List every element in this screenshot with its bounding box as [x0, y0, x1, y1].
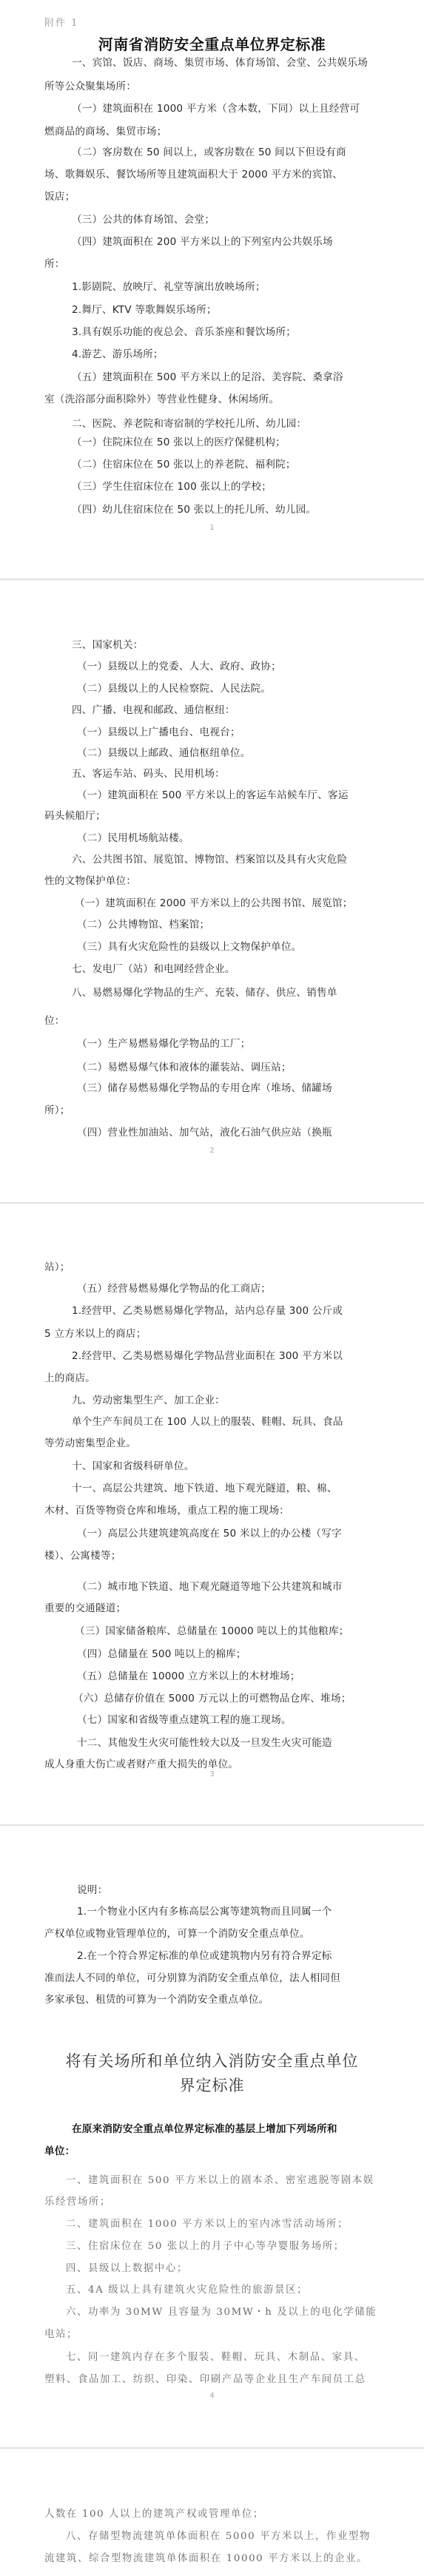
text-line: 五、客运车站、码头、民用机场：: [72, 766, 225, 781]
text-line: 1.影剧院、放映厅、礼堂等演出放映场所；: [72, 280, 266, 294]
text-line: 2.在一个符合界定标准的单位或建筑物内另有符合界定标: [77, 1949, 332, 1963]
text-line: 单个生产车间员工在 100 人以上的服装、鞋帽、玩具、食品: [72, 1415, 343, 1429]
text-line: 七、同一建筑内存在多个服装、鞋帽、玩具、木制品、家具、: [66, 2350, 366, 2365]
text-line: 六、功率为 30MW 且容量为 30MW・h 及以上的电化学储能: [66, 2305, 377, 2320]
section-title-line2: 界定标准: [0, 2074, 424, 2097]
text-line: 乐经营场所；: [44, 2195, 111, 2210]
text-line: 八、存储型物流建筑单体面积在 5000 平方米以上，作业型物: [66, 2529, 371, 2544]
text-line: 上的商店。: [44, 1371, 95, 1386]
text-line: 等劳动密集型企业。: [44, 1436, 136, 1451]
text-line: （二）县级以上的人民检察院、人民法院。: [77, 681, 271, 696]
section-title-line1: 将有关场所和单位纳入消防安全重点单位: [0, 2050, 424, 2072]
text-line: （五）建筑面积在 500 平方米以上的足浴、美容院、桑拿浴: [72, 370, 343, 385]
text-line: 性的文物保护单位：: [44, 874, 136, 889]
text-line: （二）民用机场航站楼。: [77, 831, 189, 846]
text-line: （三）国家储备粮库、总储量在 10000 吨以上的其他粮库；: [75, 1624, 349, 1639]
text-line: （四）建筑面积在 200 平方米以上的下列室内公共娱乐场: [72, 235, 333, 249]
text-line: （四）幼儿住宿床位在 50 张以上的托儿所、幼儿园。: [72, 502, 316, 517]
text-line: （一）县级以上的党委、人大、政府、政协；: [77, 659, 281, 674]
text-line: 十、国家和省级科研单位。: [72, 1459, 195, 1474]
text-line: 四、县级以上数据中心；: [66, 2262, 188, 2276]
page-number: 4: [0, 2392, 424, 2400]
page-separator: [0, 1824, 424, 1826]
text-line: 站）；: [44, 1260, 70, 1275]
text-line: （二）客房数在 50 间以上，或客房数在 50 间以下但设有商: [72, 145, 346, 160]
text-line: 1.经营甲、乙类易燃易爆化学物品，站内总存量 300 公斤或: [72, 1304, 343, 1318]
text-line: 木材、百货等物资仓库和堆场，重点工程的施工现场：: [44, 1503, 289, 1518]
text-line: （一）高层公共建筑建筑高度在 50 米以上的办公楼（写字: [77, 1526, 342, 1541]
page-title: 河南省消防安全重点单位界定标准: [0, 33, 424, 54]
text-line: （一）住院床位在 50 张以上的医疗保健机构；: [72, 435, 286, 450]
text-line: （二）住宿床位在 50 张以上的养老院、福利院；: [72, 457, 296, 472]
text-line: 流建筑、综合型物流建筑单体面积在 10000 平方米以上的企业。: [44, 2552, 368, 2566]
text-line: 十一、高层公共建筑、地下铁道、地下观光隧道，粮、棉、: [72, 1481, 337, 1496]
text-line: （一）建筑面积在 500 平方米以上的客运车站候车厅、客运: [77, 788, 349, 803]
text-line: 人数在 100 人以上的建筑产权或管理单位；: [44, 2507, 264, 2522]
text-line: 所）；: [44, 1103, 70, 1118]
text-line: （二）易燃易爆气体和液体的灌装站、调压站；: [77, 1060, 292, 1075]
text-line: （三）储存易燃易爆化学物品的专用仓库（堆场、储罐场: [77, 1081, 332, 1096]
text-line: 2.舞厅、KTV 等歌舞娱乐场所；: [72, 303, 217, 317]
text-line: 五、4A 级以上具有建筑火灾危险性的旅游景区；: [66, 2283, 308, 2298]
text-line: 1.一个物业小区内有多栋高层公寓等建筑物而且同属一个: [77, 1904, 332, 1919]
text-line: 码头候船厅；: [44, 809, 106, 823]
section-intro-line1: 在原来消防安全重点单位界定标准的基层上增加下列场所和: [72, 2122, 337, 2137]
text-line: 七、发电厂（站）和电网经营企业。: [72, 962, 235, 977]
text-line: （一）建筑面积在 1000 平方米（含本数，下同）以上且经营可: [72, 101, 360, 116]
text-line: 饭店；: [44, 189, 75, 204]
page-separator: [0, 2447, 424, 2449]
text-line: 一、建筑面积在 500 平方米以上的剧本杀、密室逃脱等剧本娱: [66, 2174, 374, 2188]
text-line: 九、劳动密集型生产、加工企业：: [72, 1393, 225, 1408]
text-line: 二、医院、养老院和寄宿制的学校托儿所、幼儿园：: [72, 417, 306, 431]
text-line: 四、广播、电视和邮政、通信枢纽：: [72, 703, 235, 718]
text-line: 所：: [44, 257, 65, 272]
page-number: 1: [0, 524, 424, 532]
text-line: （二）县级以上邮政、通信枢纽单位。: [77, 746, 251, 761]
text-line: 2.经营甲、乙类易燃易爆化学物品营业面积在 300 平方米以: [72, 1349, 343, 1363]
text-line: 场、歌舞娱乐、餐饮场所等且建筑面积大于 2000 平方米的宾馆、: [44, 167, 343, 182]
text-line: （六）总储存价值在 5000 万元以上的可燃物品仓库、堆场；: [73, 1691, 351, 1706]
text-line: 六、公共图书馆、展览馆、博物馆、档案馆以及具有火灾危险: [72, 852, 347, 867]
text-line: 三、住宿床位在 50 张以上的月子中心等孕婴服务场所；: [66, 2239, 345, 2254]
text-line: （三）公共的体育场馆、会堂；: [72, 212, 215, 227]
text-line: 楼）、公寓楼等；: [44, 1548, 121, 1563]
text-line: （七）国家和省级等重点建筑工程的施工现场。: [77, 1713, 292, 1727]
text-line: 产权单位或物业管理单位的，可算一个消防安全重点单位。: [44, 1926, 310, 1941]
text-line: 室（洗浴部分面积除外）等营业性健身、休闲场所。: [44, 392, 279, 407]
page-separator: [0, 1202, 424, 1204]
text-line: 一、宾馆、饭店、商场、集贸市场、体育场馆、会堂、公共娱乐场: [72, 55, 368, 70]
text-line: （一）建筑面积在 2000 平方米以上的公共图书馆、展览馆；: [75, 896, 353, 911]
text-line: （五）总储量在 10000 立方米以上的木材堆场；: [77, 1669, 300, 1684]
text-line: 燃商品的商场、集贸市场；: [44, 124, 167, 139]
text-line: 多家承包、租赁的可算为一个消防安全重点单位。: [44, 1992, 269, 2007]
text-line: 所等公众聚集场所：: [44, 79, 136, 94]
page-number: 3: [0, 1770, 424, 1778]
page-number: 2: [0, 1147, 424, 1155]
text-line: 塑料、食品加工、纺织、印染、印刷产品等企业且生产车间员工总: [44, 2373, 366, 2387]
text-line: 成人身重大伤亡或者财产重大损失的单位。: [44, 1757, 238, 1772]
text-line: （四）总储量在 500 吨以上的棉库；: [77, 1647, 246, 1662]
text-line: 位：: [44, 1014, 65, 1028]
text-line: （一）县级以上广播电台、电视台；: [77, 725, 240, 740]
text-line: 重要的交通隧道；: [44, 1601, 126, 1616]
text-line: （五）经营易燃易爆化学物品的化工商店；: [77, 1281, 271, 1296]
text-line: 电站；: [44, 2327, 78, 2342]
text-line: 说明：: [77, 1883, 107, 1898]
text-line: 八、易燃易爆化学物品的生产、充装、储存、供应、销售单: [72, 985, 337, 1000]
attachment-label: 附件 1: [44, 15, 78, 29]
text-line: （四）营业性加油站、加气站，液化石油气供应站（换瓶: [77, 1125, 332, 1140]
text-line: （一）生产易燃易爆化学物品的工厂；: [77, 1036, 251, 1051]
text-line: 3.具有娱乐功能的夜总会、音乐茶座和餐饮场所；: [72, 325, 296, 340]
text-line: 三、国家机关：: [72, 638, 144, 653]
text-line: 准而法人不同的单位，可分别算为消防安全重点单位，法人相同但: [44, 1971, 340, 1986]
text-line: （二）公共博物馆、档案馆；: [77, 917, 209, 932]
text-line: （二）城市地下铁道、地下观光隧道等地下公共建筑和城市: [77, 1579, 343, 1594]
text-line: 4.游艺、游乐场所；: [72, 347, 164, 362]
text-line: 十二、其他发生火灾可能性较大以及一旦发生火灾可能造: [77, 1736, 332, 1750]
text-line: 二、建筑面积在 1000 平方米以上的室内冰雪活动场所；: [66, 2217, 349, 2232]
text-line: 5 立方米以上的商店；: [44, 1326, 147, 1341]
section-intro-line2: 单位：: [44, 2144, 75, 2159]
text-line: （三）具有火灾危险性的县级以上文物保护单位。: [77, 940, 301, 954]
page-separator: [0, 579, 424, 580]
text-line: （三）学生住宿床位在 100 张以上的学校；: [72, 479, 272, 494]
